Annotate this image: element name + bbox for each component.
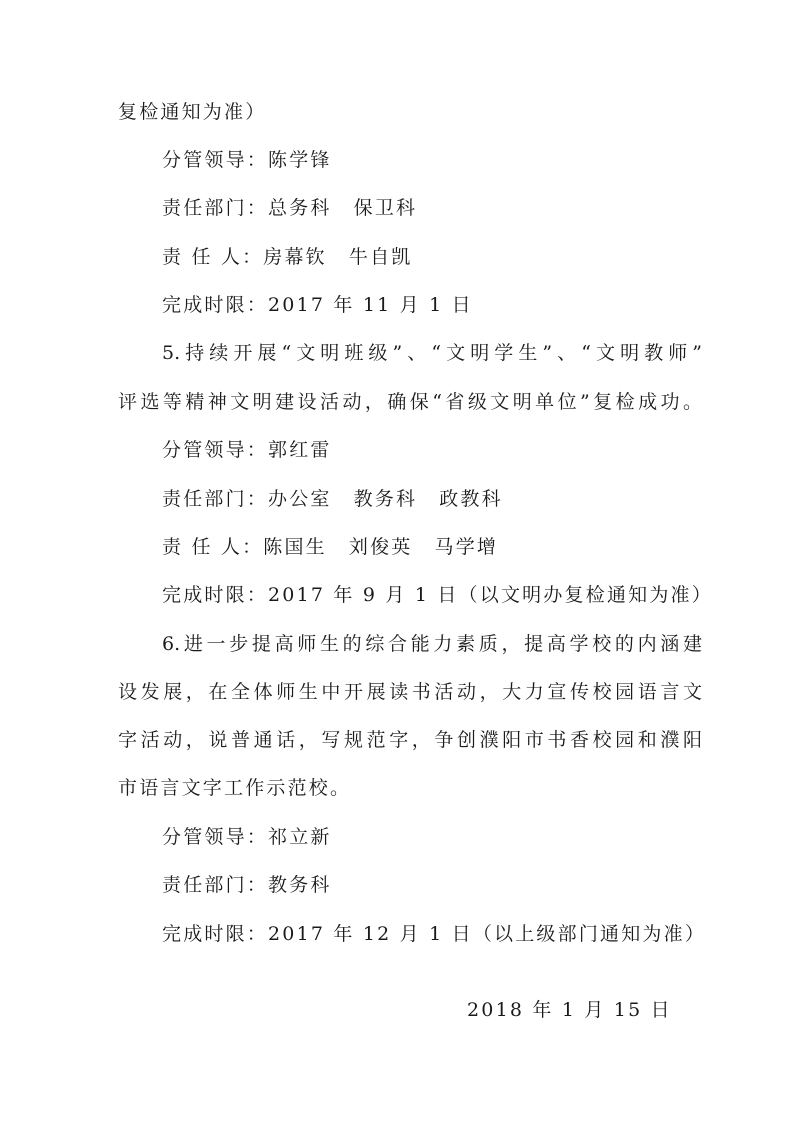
- person-label: 责 任 人：: [162, 536, 263, 558]
- dept-name: 办公室: [268, 488, 332, 510]
- dept-name: 政教科: [439, 488, 503, 510]
- leader-name: 陈学锋: [268, 149, 332, 171]
- dept-label: 责任部门：: [162, 197, 268, 219]
- item5-deadline-line: 完成时限：2017 年 9 月 1 日（以文明办复检通知为准）: [162, 583, 713, 607]
- item5-text-line1: 5.持续开展“文明班级”、“文明学生”、“文明教师”: [162, 341, 702, 365]
- item5-text-line2: 评选等精神文明建设活动，确保“省级文明单位”复检成功。: [118, 390, 702, 414]
- item6-leader-line: 分管领导：祁立新: [162, 825, 332, 849]
- leader-name: 郭红雷: [268, 439, 332, 461]
- person-name: 马学增: [435, 536, 499, 558]
- person-label: 责 任 人：: [162, 246, 263, 268]
- item5-dept-line: 责任部门：办公室教务科政教科: [162, 487, 503, 511]
- deadline-value: 2017 年 11 月 1 日: [268, 294, 473, 316]
- item4-deadline-line: 完成时限：2017 年 11 月 1 日: [162, 293, 473, 317]
- dept-label: 责任部门：: [162, 874, 268, 896]
- deadline-label: 完成时限：: [162, 923, 268, 945]
- item6-text-line4: 市语言文字工作示范校。: [118, 776, 351, 800]
- item5-person-line: 责 任 人：陈国生刘俊英马学增: [162, 535, 498, 559]
- item4-person-line: 责 任 人：房幕钦牛自凯: [162, 245, 413, 269]
- person-name: 房幕钦: [263, 246, 327, 268]
- continuation-line: 复检通知为准）: [118, 100, 266, 124]
- leader-name: 祁立新: [268, 826, 332, 848]
- leader-label: 分管领导：: [162, 439, 268, 461]
- item6-dept-line: 责任部门：教务科: [162, 873, 332, 897]
- dept-name: 保卫科: [354, 197, 418, 219]
- person-name: 牛自凯: [349, 246, 413, 268]
- leader-label: 分管领导：: [162, 149, 268, 171]
- item6-text-line3: 字活动，说普通话，写规范字，争创濮阳市书香校园和濮阳: [118, 728, 702, 752]
- signature-date: 2018 年 1 月 15 日: [467, 998, 672, 1022]
- dept-name: 教务科: [354, 488, 418, 510]
- deadline-label: 完成时限：: [162, 294, 268, 316]
- item6-text-line2: 设发展，在全体师生中开展读书活动，大力宣传校园语言文: [118, 680, 702, 704]
- leader-label: 分管领导：: [162, 826, 268, 848]
- person-name: 陈国生: [263, 536, 327, 558]
- deadline-value: 2017 年 9 月 1 日（以文明办复检通知为准）: [268, 584, 713, 606]
- item4-dept-line: 责任部门：总务科保卫科: [162, 196, 417, 220]
- dept-name: 教务科: [268, 874, 332, 896]
- deadline-label: 完成时限：: [162, 584, 268, 606]
- item4-leader-line: 分管领导：陈学锋: [162, 148, 332, 172]
- item6-text-line1: 6.进一步提高师生的综合能力素质，提高学校的内涵建: [162, 632, 702, 656]
- person-name: 刘俊英: [349, 536, 413, 558]
- deadline-value: 2017 年 12 月 1 日（以上级部门通知为准）: [268, 923, 706, 945]
- item6-deadline-line: 完成时限：2017 年 12 月 1 日（以上级部门通知为准）: [162, 922, 706, 946]
- dept-label: 责任部门：: [162, 488, 268, 510]
- dept-name: 总务科: [268, 197, 332, 219]
- item5-leader-line: 分管领导：郭红雷: [162, 438, 332, 462]
